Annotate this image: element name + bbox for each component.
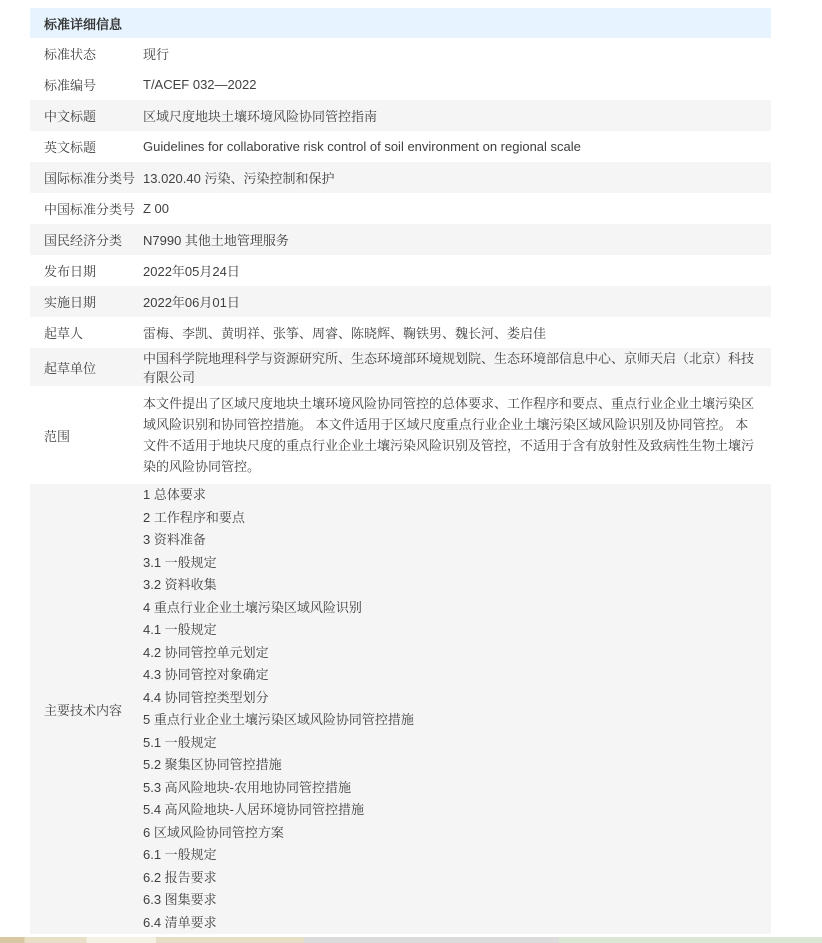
- row-label: 标准编号: [30, 69, 143, 100]
- row-implement-date: 实施日期 2022年06月01日: [30, 286, 771, 317]
- table-header: 标准详细信息: [30, 8, 771, 38]
- row-ics-code: 国际标准分类号 13.020.40 污染、污染控制和保护: [30, 162, 771, 193]
- row-value: 中国科学院地理科学与资源研究所、生态环境部环境规划院、生态环境部信息中心、京师天…: [143, 348, 771, 386]
- row-value: N7990 其他土地管理服务: [143, 224, 771, 255]
- row-value: T/ACEF 032—2022: [143, 69, 771, 100]
- toc-line: 6.4 清单要求: [143, 912, 759, 935]
- row-standard-status: 标准状态 现行: [30, 38, 771, 69]
- row-label: 国民经济分类: [30, 224, 143, 255]
- toc-line: 1 总体要求: [143, 484, 759, 507]
- row-value: Z 00: [143, 193, 771, 224]
- row-value: 区域尺度地块土壤环境风险协同管控指南: [143, 100, 771, 131]
- row-english-title: 英文标题 Guidelines for collaborative risk c…: [30, 131, 771, 162]
- toc-line: 4.2 协同管控单元划定: [143, 642, 759, 665]
- row-label: 起草人: [30, 317, 143, 348]
- row-chinese-title: 中文标题 区域尺度地块土壤环境风险协同管控指南: [30, 100, 771, 131]
- row-label: 主要技术内容: [30, 484, 143, 934]
- row-label: 实施日期: [30, 286, 143, 317]
- row-value: 2022年05月24日: [143, 255, 771, 286]
- toc-line: 5.3 高风险地块-农用地协同管控措施: [143, 777, 759, 800]
- row-main-technical-content: 主要技术内容 1 总体要求 2 工作程序和要点 3 资料准备 3.1 一般规定 …: [30, 484, 771, 934]
- toc-line: 6 区域风险协同管控方案: [143, 822, 759, 845]
- toc-line: 6.1 一般规定: [143, 844, 759, 867]
- row-label: 范围: [30, 386, 143, 484]
- row-value: 雷梅、李凯、黄明祥、张筝、周睿、陈晓辉、鞠铁男、魏长河、娄启佳: [143, 317, 771, 348]
- row-label: 起草单位: [30, 348, 143, 386]
- row-value: 2022年06月01日: [143, 286, 771, 317]
- toc-line: 4 重点行业企业土壤污染区域风险识别: [143, 597, 759, 620]
- toc-line: 3.1 一般规定: [143, 552, 759, 575]
- toc-line: 6.2 报告要求: [143, 867, 759, 890]
- row-value: 本文件提出了区域尺度地块土壤环境风险协同管控的总体要求、工作程序和要点、重点行业…: [143, 386, 771, 484]
- row-value: 现行: [143, 38, 771, 69]
- toc-line: 6.3 图集要求: [143, 889, 759, 912]
- table-header-title: 标准详细信息: [44, 14, 122, 33]
- row-value: 1 总体要求 2 工作程序和要点 3 资料准备 3.1 一般规定 3.2 资料收…: [143, 484, 771, 934]
- row-value: 13.020.40 污染、污染控制和保护: [143, 162, 771, 193]
- footer-decorative-strip: [0, 937, 822, 943]
- row-ccs-code: 中国标准分类号 Z 00: [30, 193, 771, 224]
- row-label: 中国标准分类号: [30, 193, 143, 224]
- toc-line: 4.1 一般规定: [143, 619, 759, 642]
- row-label: 标准状态: [30, 38, 143, 69]
- toc-line: 5.2 聚集区协同管控措施: [143, 754, 759, 777]
- toc-line: 3.2 资料收集: [143, 574, 759, 597]
- row-drafters: 起草人 雷梅、李凯、黄明祥、张筝、周睿、陈晓辉、鞠铁男、魏长河、娄启佳: [30, 317, 771, 348]
- toc-line: 4.4 协同管控类型划分: [143, 687, 759, 710]
- row-economy-class: 国民经济分类 N7990 其他土地管理服务: [30, 224, 771, 255]
- toc-line: 5 重点行业企业土壤污染区域风险协同管控措施: [143, 709, 759, 732]
- toc-line: 2 工作程序和要点: [143, 507, 759, 530]
- row-scope: 范围 本文件提出了区域尺度地块土壤环境风险协同管控的总体要求、工作程序和要点、重…: [30, 386, 771, 484]
- toc-line: 3 资料准备: [143, 529, 759, 552]
- row-publish-date: 发布日期 2022年05月24日: [30, 255, 771, 286]
- toc-line: 5.1 一般规定: [143, 732, 759, 755]
- standard-detail-table: 标准详细信息 标准状态 现行 标准编号 T/ACEF 032—2022 中文标题…: [30, 8, 771, 934]
- row-drafting-units: 起草单位 中国科学院地理科学与资源研究所、生态环境部环境规划院、生态环境部信息中…: [30, 348, 771, 386]
- row-label: 国际标准分类号: [30, 162, 143, 193]
- row-label: 英文标题: [30, 131, 143, 162]
- row-label: 中文标题: [30, 100, 143, 131]
- row-label: 发布日期: [30, 255, 143, 286]
- row-standard-number: 标准编号 T/ACEF 032—2022: [30, 69, 771, 100]
- toc-line: 5.4 高风险地块-人居环境协同管控措施: [143, 799, 759, 822]
- row-value: Guidelines for collaborative risk contro…: [143, 131, 771, 162]
- toc-line: 4.3 协同管控对象确定: [143, 664, 759, 687]
